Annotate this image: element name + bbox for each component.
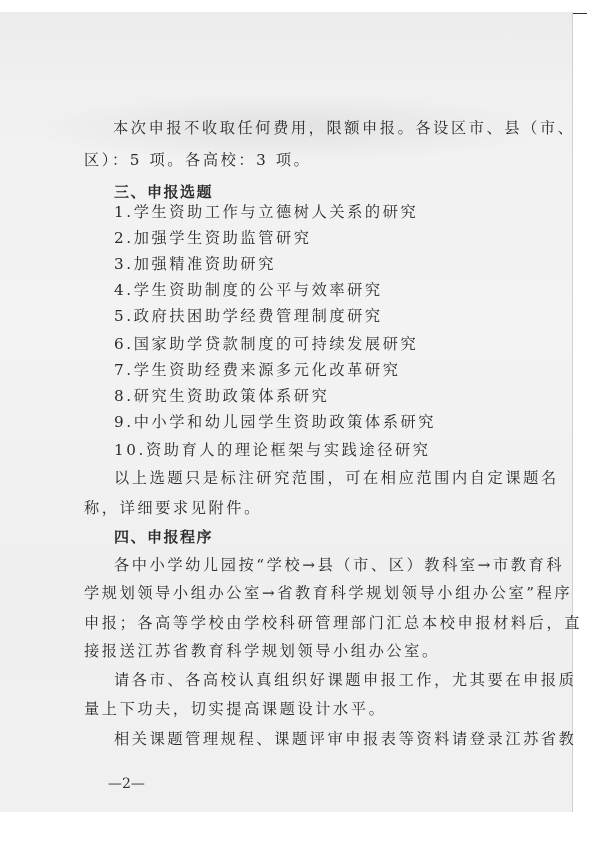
procedure-para1-line2: 学规划领导小组办公室→省教育科学规划领导小组办公室”程序 <box>84 583 572 603</box>
procedure-para1-line4: 接报送江苏省教育科学规划领导小组办公室。 <box>84 641 440 661</box>
topic-item-5: 5.政府扶困助学经费管理制度研究 <box>114 306 383 326</box>
topic-item-9: 9.中小学和幼儿园学生资助政策体系研究 <box>114 412 436 432</box>
topic-item-8: 8.研究生资助政策体系研究 <box>114 386 329 406</box>
topic-item-2: 2.加强学生资助监管研究 <box>114 228 312 248</box>
crop-mark <box>573 13 587 14</box>
section-4-heading: 四、申报程序 <box>114 527 213 547</box>
fee-paragraph-line1: 本次申报不收取任何费用，限额申报。各设区市、县（市、 <box>113 118 575 138</box>
topic-item-7: 7.学生资助经费来源多元化改革研究 <box>114 360 401 380</box>
procedure-para3-line1: 相关课题管理规程、课题评审申报表等资料请登录江苏省教 <box>114 729 576 749</box>
topic-item-4: 4.学生资助制度的公平与效率研究 <box>114 280 383 300</box>
topic-item-1: 1.学生资助工作与立德树人关系的研究 <box>114 202 418 222</box>
section-3-heading: 三、申报选题 <box>114 182 213 202</box>
topics-note-line1: 以上选题只是标注研究范围，可在相应范围内自定课题名 <box>114 468 559 488</box>
topic-item-10: 10.资助育人的理论框架与实践途径研究 <box>114 440 431 460</box>
topic-item-6: 6.国家助学贷款制度的可持续发展研究 <box>114 334 418 354</box>
procedure-para1-line3: 申报；各高等学校由学校科研管理部门汇总本校申报材料后，直 <box>84 613 582 633</box>
procedure-para2-line2: 量上下功夫，切实提高课题设计水平。 <box>84 699 386 719</box>
procedure-para1-line1: 各中小学幼儿园按“学校→县（市、区）教科室→市教育科 <box>114 555 564 575</box>
fee-paragraph-line2: 区）：5 项。各高校：3 项。 <box>84 150 311 170</box>
page-number: —2— <box>108 776 145 792</box>
topics-note-line2: 称，详细要求见附件。 <box>84 498 262 518</box>
procedure-para2-line1: 请各市、各高校认真组织好课题申报工作，尤其要在申报质 <box>114 670 576 690</box>
topic-item-3: 3.加强精准资助研究 <box>114 254 276 274</box>
